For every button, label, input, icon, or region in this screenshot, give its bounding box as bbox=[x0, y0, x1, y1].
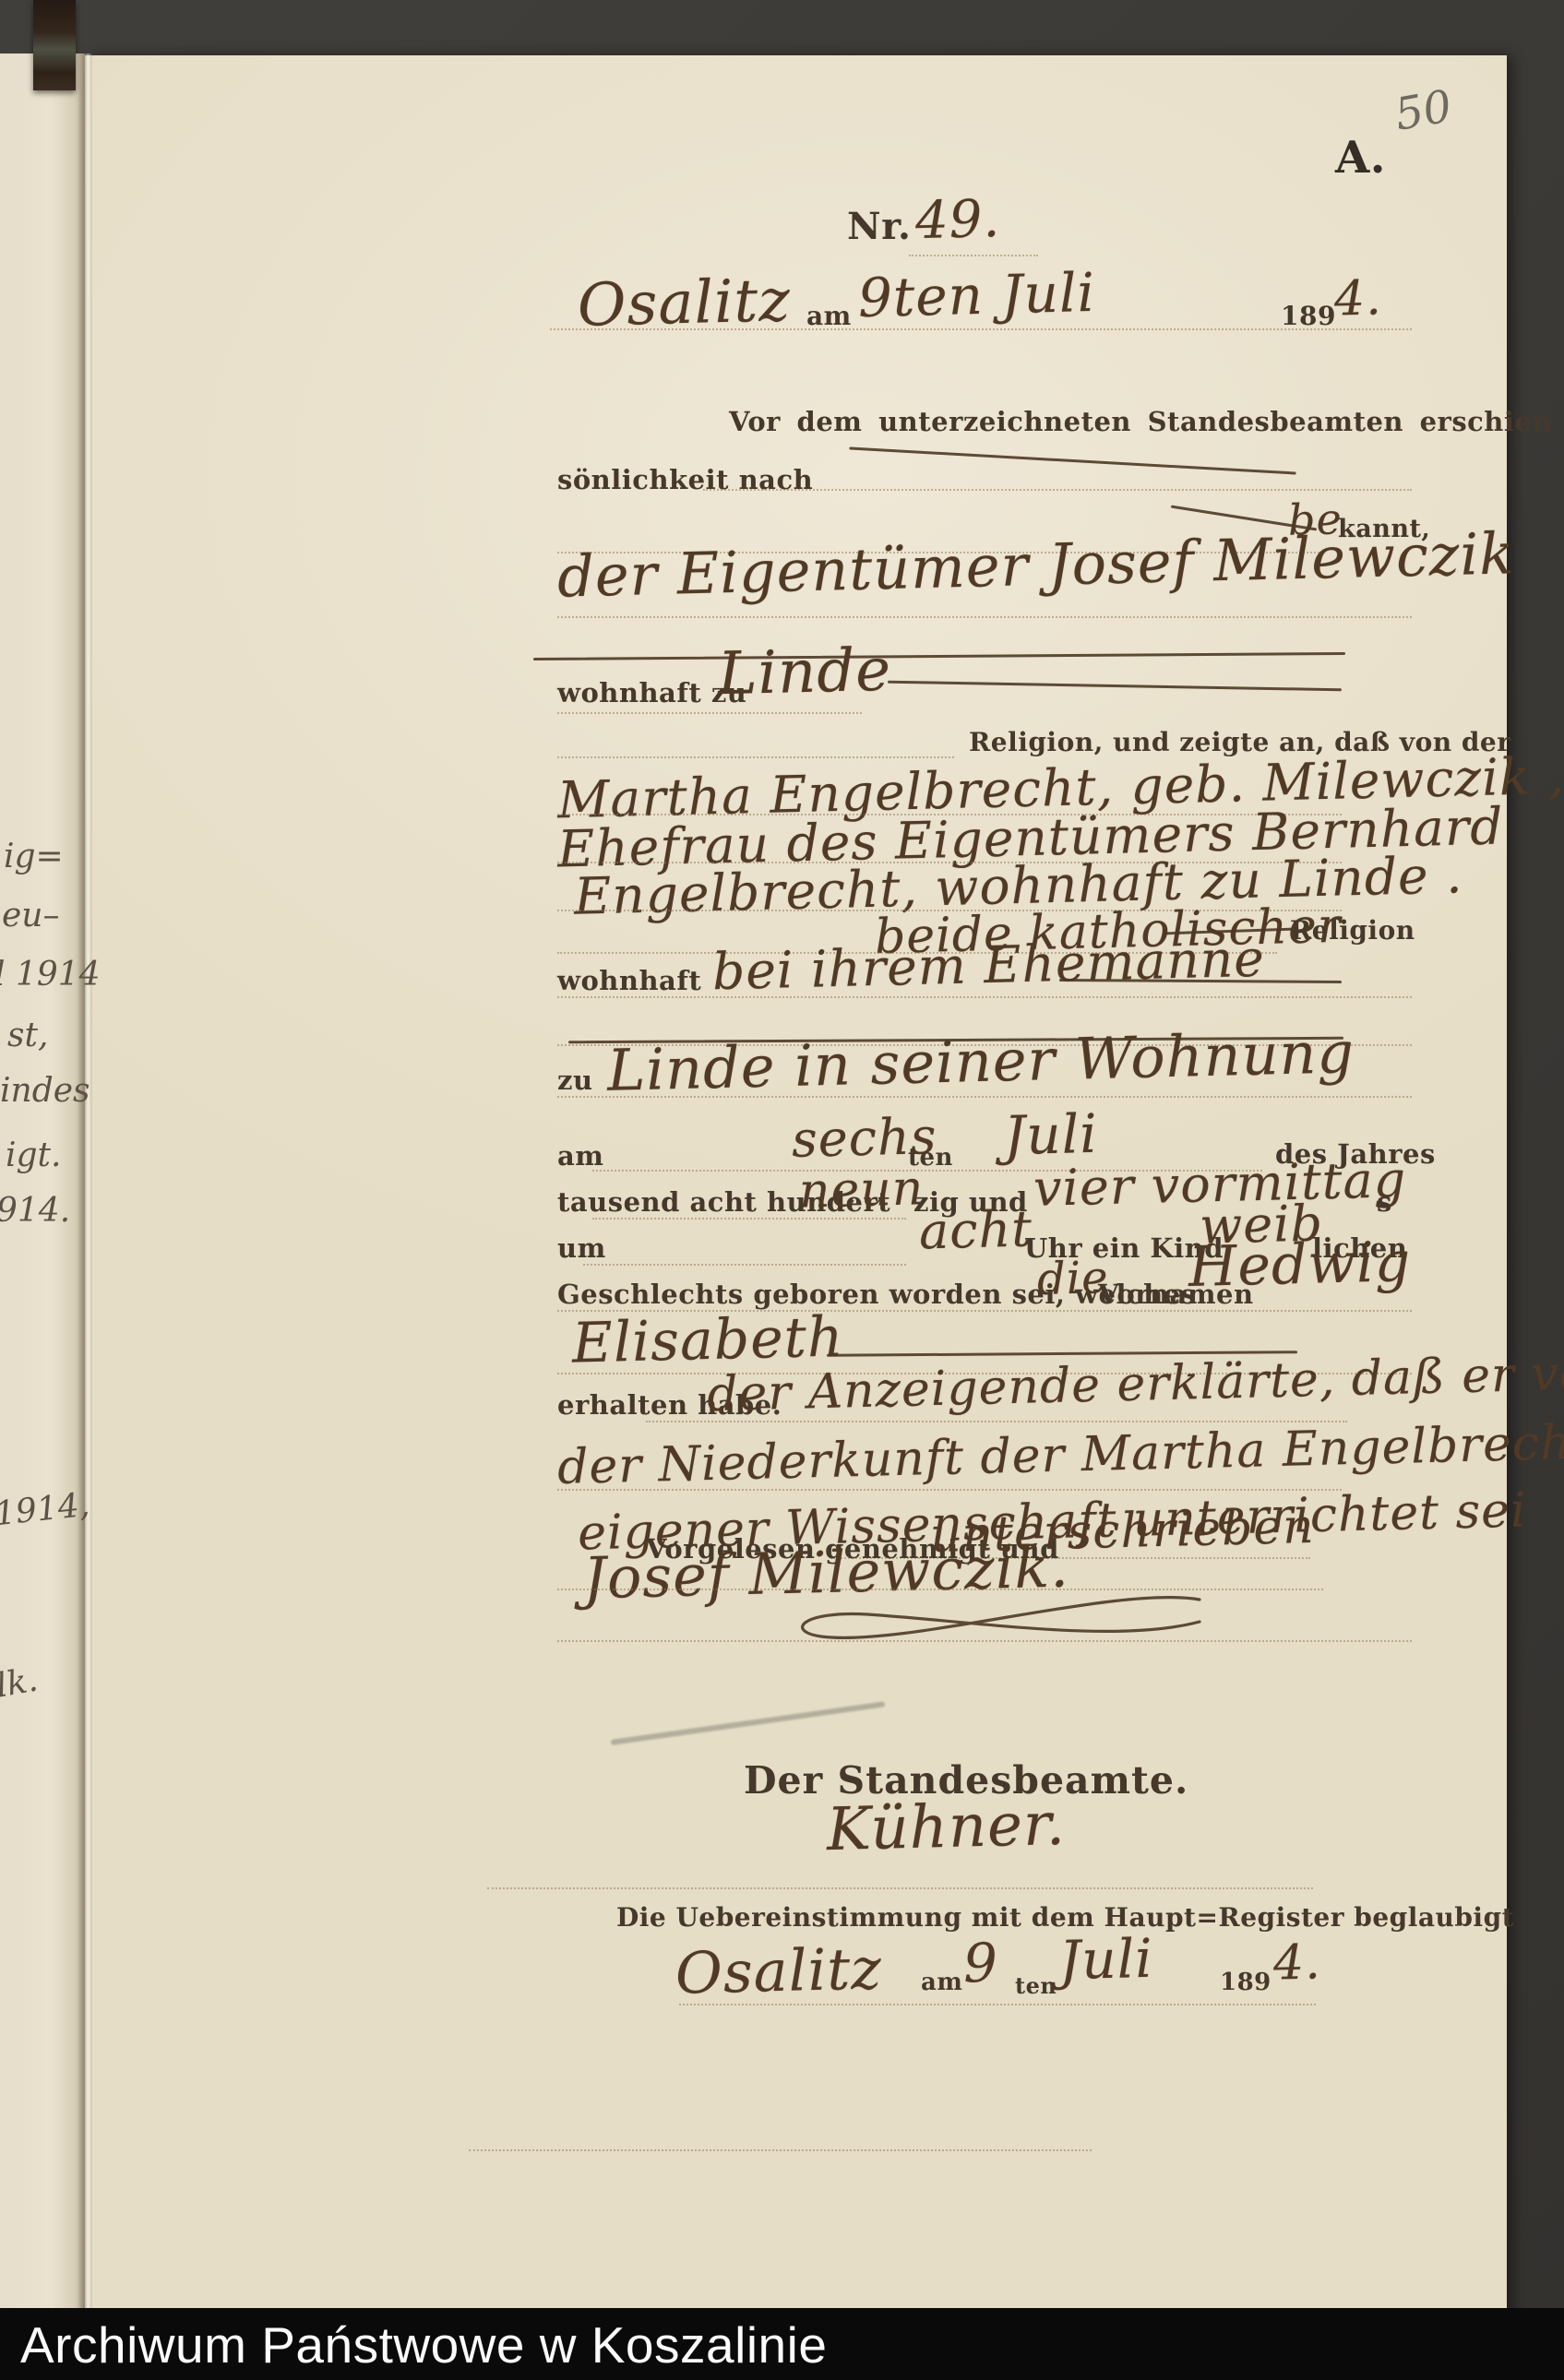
footer-year-printed: 189 bbox=[1220, 1969, 1271, 1996]
footer-day: 9 bbox=[962, 1932, 999, 1995]
certify-line: Die Uebereinstimmung mit dem Haupt=Regis… bbox=[616, 1902, 1514, 1933]
margin-fragment: indes bbox=[0, 1072, 90, 1110]
heading-year-printed: 189 bbox=[1281, 301, 1336, 331]
margin-fragment: igt. bbox=[6, 1136, 61, 1174]
dotted-line bbox=[583, 1264, 906, 1266]
s-suffix: s bbox=[1377, 1186, 1392, 1218]
document-scan: ig= eu– l 1914 st, indes igt. 914. 1914,… bbox=[0, 0, 1564, 2380]
margin-fragment: ig= bbox=[4, 838, 64, 875]
margin-fragment: 914. bbox=[0, 1192, 70, 1230]
heading-date: 9ten Juli bbox=[857, 261, 1096, 329]
signature-flourish bbox=[766, 1583, 1227, 1657]
dotted-line bbox=[557, 1096, 1412, 1098]
given-name-1: Hedwig bbox=[1188, 1230, 1412, 1300]
dotted-line bbox=[592, 1218, 906, 1220]
am-label: am bbox=[557, 1140, 603, 1172]
margin-fragment: l 1914 bbox=[0, 956, 101, 994]
heading-place: Osalitz bbox=[577, 267, 792, 340]
dotted-line bbox=[487, 1887, 1313, 1889]
heading-am-label: am bbox=[806, 301, 852, 331]
dotted-line bbox=[557, 616, 1412, 618]
record-number-value: 49. bbox=[914, 189, 1001, 251]
form-type-letter: A. bbox=[1335, 132, 1386, 184]
dotted-line bbox=[557, 756, 954, 758]
dotted-line bbox=[646, 1421, 1347, 1422]
dotted-line bbox=[909, 255, 1038, 256]
footer-am-label: am bbox=[921, 1969, 962, 1996]
intro-line-1: Vor dem unterzeichneten Standesbeamten e… bbox=[729, 406, 1564, 437]
book-spine bbox=[33, 0, 76, 90]
um-label: um bbox=[557, 1232, 606, 1264]
footer-ten-label: ten bbox=[1015, 1972, 1057, 1999]
margin-fragment: st, bbox=[7, 1017, 48, 1054]
heading-year-written: 4. bbox=[1333, 270, 1382, 327]
margin-fragment: lk. bbox=[0, 1660, 41, 1705]
dotted-line bbox=[557, 996, 1412, 998]
margin-fragment: eu– bbox=[2, 897, 60, 934]
page-number: 50 bbox=[1391, 80, 1456, 141]
dotted-line bbox=[469, 2149, 1092, 2151]
zu-label: zu bbox=[557, 1065, 593, 1096]
dotted-line bbox=[679, 2004, 1316, 2005]
birth-hour: acht bbox=[918, 1200, 1033, 1261]
dotted-line bbox=[557, 1640, 1412, 1642]
declarant-residence: Linde bbox=[717, 637, 892, 709]
wohnhaft-label: wohnhaft bbox=[557, 965, 701, 996]
dotted-line bbox=[557, 712, 862, 714]
binding-crease bbox=[78, 54, 92, 2380]
year-tens: neun bbox=[798, 1160, 925, 1219]
dotted-line bbox=[703, 489, 1412, 491]
margin-fragment: 1914, bbox=[0, 1486, 91, 1534]
footer-place: Osalitz bbox=[675, 1934, 883, 2006]
margin-fragments: ig= eu– l 1914 st, indes igt. 914. 1914,… bbox=[0, 793, 79, 1808]
archive-bar: Archiwum Państwowe w Koszalinie bbox=[0, 2308, 1564, 2380]
religion-label: Religion bbox=[1290, 915, 1415, 946]
record-number-label: Nr. bbox=[847, 205, 911, 248]
footer-year-written: 4. bbox=[1272, 1934, 1321, 1991]
footer-month: Juli bbox=[1058, 1927, 1153, 1992]
registrar-signature-1: Kühner. bbox=[826, 1791, 1067, 1864]
archive-name: Archiwum Państwowe w Koszalinie bbox=[20, 2315, 827, 2374]
